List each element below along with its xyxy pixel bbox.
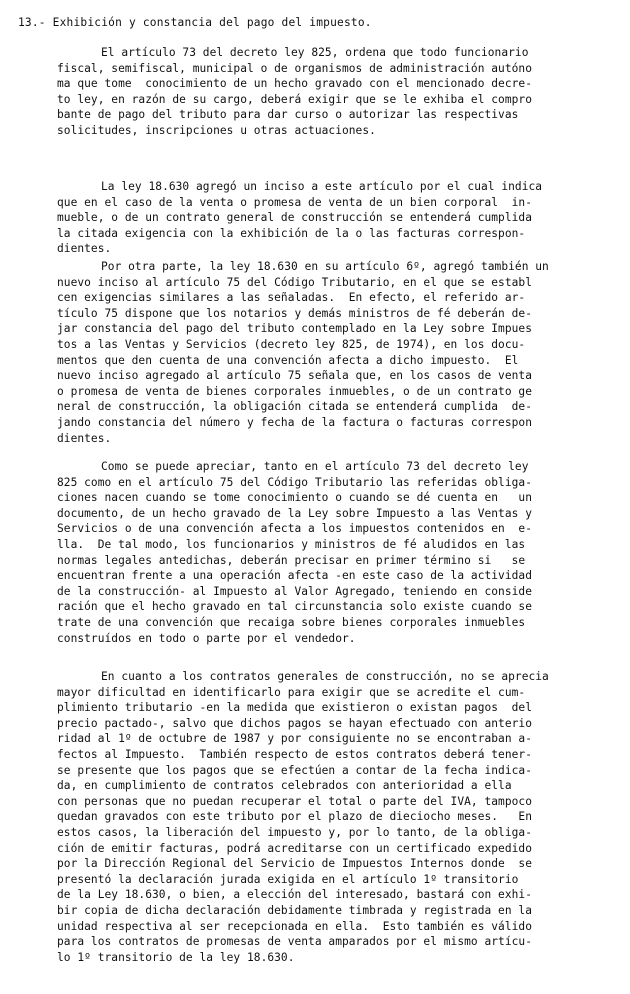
text-line: documento, de un hecho gravado de la Ley…: [57, 506, 617, 522]
text-line: En cuanto a los contratos generales de c…: [57, 669, 617, 685]
text-line: estos casos, la liberación del impuesto …: [57, 825, 617, 841]
text-line: nuevo inciso al artículo 75 del Código T…: [57, 275, 617, 291]
text-line: bante de pago del tributo para dar curso…: [57, 107, 617, 123]
text-line: para los contratos de promesas de venta …: [57, 934, 617, 950]
text-line: dientes.: [57, 431, 617, 447]
text-line: La ley 18.630 agregó un inciso a este ar…: [57, 179, 617, 195]
text-line: lo 1º transitorio de la ley 18.630.: [57, 950, 617, 966]
text-line: ración que el hecho gravado en tal circu…: [57, 599, 617, 615]
text-line: Como se puede apreciar, tanto en el artí…: [57, 459, 617, 475]
section-heading: 13.- Exhibición y constancia del pago de…: [18, 16, 372, 29]
paragraph-contratos-generales: En cuanto a los contratos generales de c…: [57, 669, 617, 965]
text-line: El artículo 73 del decreto ley 825, orde…: [57, 45, 617, 61]
text-line: ma que tome conocimiento de un hecho gra…: [57, 76, 617, 92]
text-line: fectos al Impuesto. También respecto de …: [57, 747, 617, 763]
text-line: jar constancia del pago del tributo cont…: [57, 321, 617, 337]
text-line: nuevo inciso agregado al artículo 75 señ…: [57, 368, 617, 384]
paragraph-articulo-75-codigo-tributario: Por otra parte, la ley 18.630 en su artí…: [57, 259, 617, 446]
text-line: normas legales antedichas, deberán preci…: [57, 553, 617, 569]
text-line: que en el caso de la venta o promesa de …: [57, 195, 617, 211]
text-line: dientes.: [57, 241, 617, 257]
paragraph-como-se-puede-apreciar: Como se puede apreciar, tanto en el artí…: [57, 459, 617, 646]
text-line: to ley, en razón de su cargo, deberá exi…: [57, 92, 617, 108]
text-line: encuentran frente a una operación afecta…: [57, 568, 617, 584]
text-line: lla. De tal modo, los funcionarios y min…: [57, 537, 617, 553]
text-line: con personas que no puedan recuperar el …: [57, 794, 617, 810]
text-line: neral de construcción, la obligación cit…: [57, 399, 617, 415]
text-line: o promesa de venta de bienes corporales …: [57, 384, 617, 400]
text-line: mueble, o de un contrato general de cons…: [57, 210, 617, 226]
text-line: ciones nacen cuando se tome conocimiento…: [57, 490, 617, 506]
document-page: 13.- Exhibición y constancia del pago de…: [0, 0, 630, 994]
text-line: cen exigencias similares a las señaladas…: [57, 290, 617, 306]
text-line: ridad al 1º de octubre de 1987 y por con…: [57, 731, 617, 747]
text-line: se presente que los pagos que se efectúe…: [57, 763, 617, 779]
text-line: por la Dirección Regional del Servicio d…: [57, 856, 617, 872]
paragraph-article-73: El artículo 73 del decreto ley 825, orde…: [57, 45, 617, 139]
text-line: construídos en todo o parte por el vende…: [57, 631, 617, 647]
text-line: mentos que den cuenta de una convención …: [57, 353, 617, 369]
text-line: fiscal, semifiscal, municipal o de organ…: [57, 61, 617, 77]
text-line: bir copia de dicha declaración debidamen…: [57, 903, 617, 919]
text-line: mayor dificultad en identificarlo para e…: [57, 685, 617, 701]
text-line: tículo 75 dispone que los notarios y dem…: [57, 306, 617, 322]
text-line: de la construcción- al Impuesto al Valor…: [57, 584, 617, 600]
text-line: plimiento tributario -en la medida que e…: [57, 700, 617, 716]
text-line: Por otra parte, la ley 18.630 en su artí…: [57, 259, 617, 275]
text-line: unidad respectiva al ser recepcionada en…: [57, 919, 617, 935]
text-line: Servicios o de una convención afecta a l…: [57, 521, 617, 537]
text-line: jando constancia del número y fecha de l…: [57, 415, 617, 431]
text-line: de la Ley 18.630, o bien, a elección del…: [57, 887, 617, 903]
text-line: quedan gravados con este tributo por el …: [57, 809, 617, 825]
text-line: trate de una convención que recaiga sobr…: [57, 615, 617, 631]
text-line: solicitudes, inscripciones u otras actua…: [57, 123, 617, 139]
text-line: ción de emitir facturas, podrá acreditar…: [57, 841, 617, 857]
text-line: la citada exigencia con la exhibición de…: [57, 226, 617, 242]
text-line: presentó la declaración jurada exigida e…: [57, 872, 617, 888]
text-line: da, en cumplimiento de contratos celebra…: [57, 778, 617, 794]
text-line: tos a las Ventas y Servicios (decreto le…: [57, 337, 617, 353]
paragraph-ley-18630-inciso: La ley 18.630 agregó un inciso a este ar…: [57, 179, 617, 257]
text-line: precio pactado-, salvo que dichos pagos …: [57, 716, 617, 732]
text-line: 825 como en el artículo 75 del Código Tr…: [57, 475, 617, 491]
